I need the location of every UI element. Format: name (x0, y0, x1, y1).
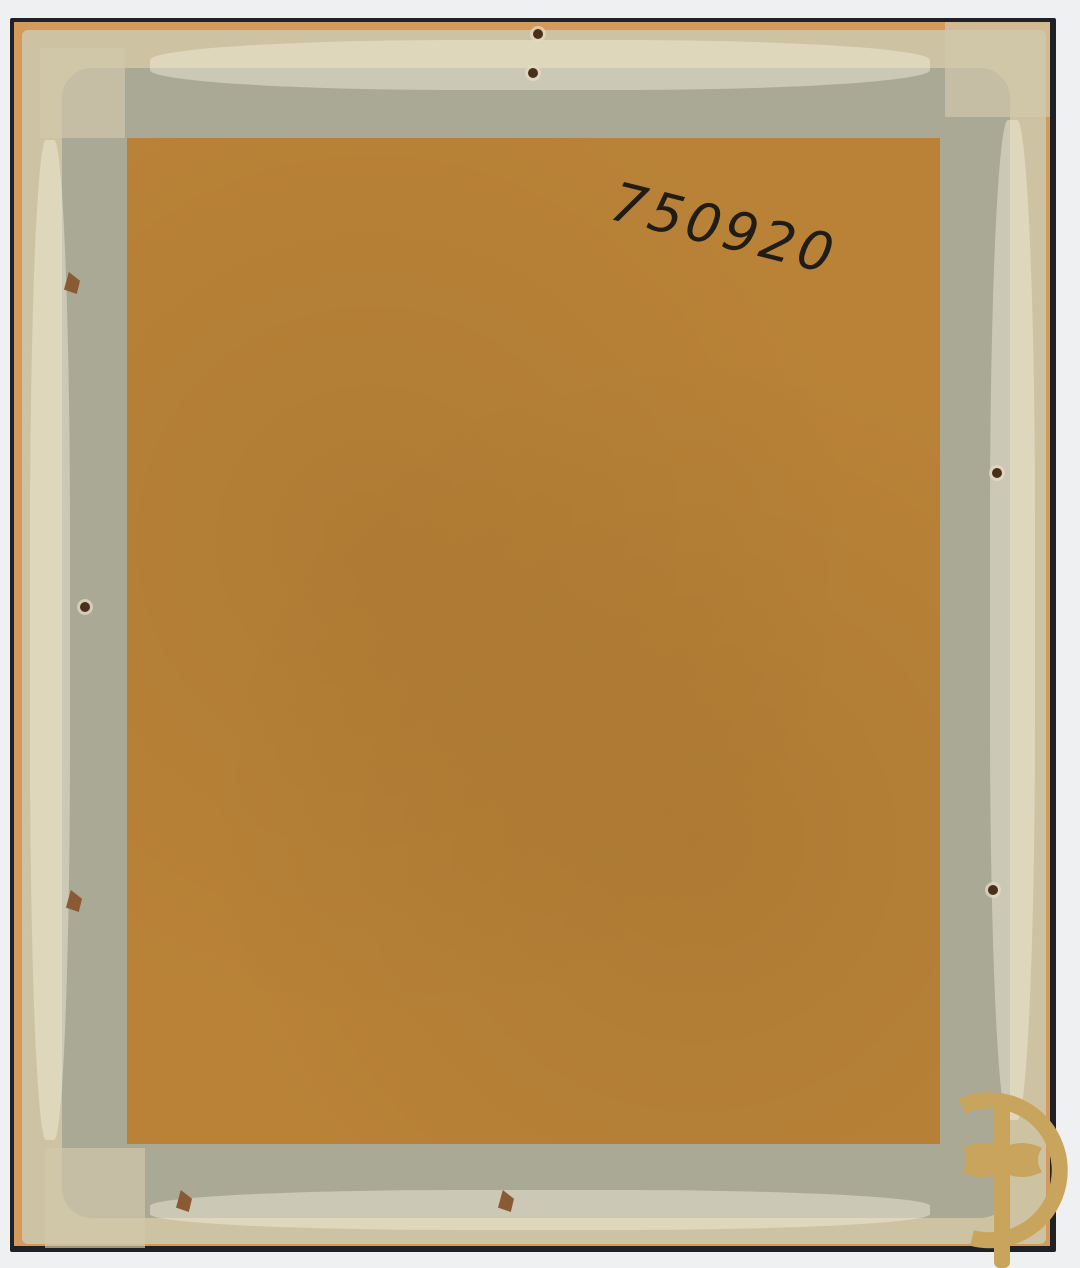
nail-hole (528, 68, 538, 78)
nail-hole (80, 602, 90, 612)
tape-corner-bottom-left (45, 1148, 145, 1248)
tape-gloss-bottom (150, 1190, 930, 1230)
tape-corner-top-right (945, 22, 1050, 117)
backing-board (127, 138, 940, 1144)
nail-hole (988, 885, 998, 895)
nail-hole (992, 468, 1002, 478)
gavel-logo-icon (942, 1078, 1080, 1268)
tape-gloss-top (150, 40, 930, 90)
tape-gloss-left (30, 140, 70, 1140)
nail-hole (533, 29, 543, 39)
tape-gloss-right (990, 120, 1035, 1120)
tape-corner-top-left (40, 48, 125, 138)
